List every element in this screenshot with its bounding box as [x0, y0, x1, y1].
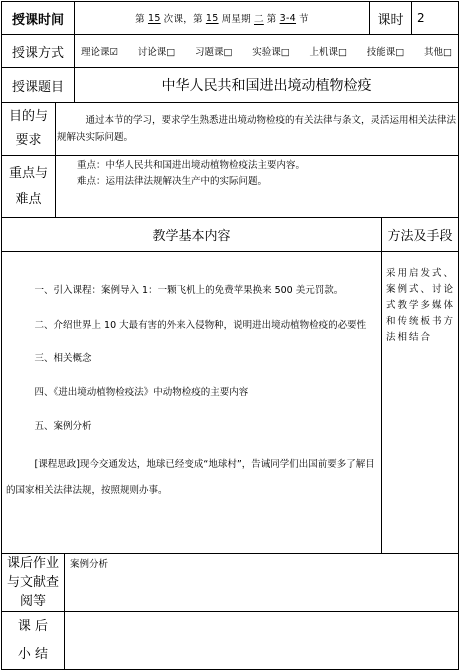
schedule-mid1: 次课，第	[164, 11, 203, 25]
method-option-skill[interactable]: 技能课□	[367, 44, 405, 58]
checkbox-icon[interactable]: □	[281, 47, 290, 58]
content-body: 一、引入课程：案例导入 1：一颗飞机上的免费苹果换来 500 美元罚款。 二、介…	[6, 252, 379, 552]
topic-label: 授课题目	[2, 68, 74, 102]
checkbox-icon[interactable]: □	[443, 47, 452, 58]
method-label: 授课方式	[2, 35, 74, 67]
key-points-content: 重点：中华人民共和国进出境动植物检疫法主要内容。 难点：运用法律法规解决生产中的…	[57, 158, 457, 216]
objectives-label: 目的与 要求	[2, 103, 55, 155]
homework-label-line1: 课后作业	[7, 554, 59, 573]
summary-label-line1: 课 后	[18, 613, 48, 641]
content-item-4: 四、《进出境动植物检疫法》中动物检疫的主要内容	[6, 385, 379, 401]
method-option-discussion[interactable]: 讨论课□	[138, 44, 176, 58]
checkbox-icon[interactable]: □	[166, 47, 175, 58]
method-option-exercise[interactable]: 习题课□	[195, 44, 233, 58]
homework-value: 案例分析	[70, 556, 450, 570]
schedule-mid2: 周星期	[222, 11, 251, 25]
method-option-lab[interactable]: 实验课□	[252, 44, 290, 58]
schedule-prefix1: 第	[135, 11, 145, 25]
checkbox-icon[interactable]: □	[395, 47, 404, 58]
schedule-info: 第 15 次课，第 15 周星期 二 第 3-4 节	[75, 2, 369, 34]
hours-value: 2	[412, 2, 458, 34]
homework-label: 课后作业 与文献查 阅等	[2, 554, 64, 611]
key-points-label: 重点与 难点	[2, 156, 55, 217]
summary-label: 课 后 小 结	[2, 612, 64, 669]
periods: 3-4	[277, 13, 299, 24]
homework-label-line2: 与文献查	[7, 573, 59, 592]
method-header: 方法及手段	[382, 218, 458, 251]
content-item-2: 二、介绍世界上 10 大最有害的外来入侵物种，说明进出境动植物检疫的必要性	[6, 318, 379, 334]
method-option-theory[interactable]: 理论课☑	[81, 44, 118, 58]
weekday: 二	[251, 11, 267, 25]
key-points-label-line2: 难点	[15, 187, 41, 213]
methods-text: 采用启发式、案例式、讨论式教学多媒体和传统板书方法相结合	[386, 266, 456, 346]
summary-label-line2: 小 结	[18, 641, 48, 669]
key-point-text: 重点：中华人民共和国进出境动植物检疫法主要内容。	[77, 158, 457, 174]
objectives-text: 通过本节的学习，要求学生熟悉进出境动物检疫的有关法律与条文，灵活运用相关法律法规…	[57, 103, 457, 155]
difficult-point-text: 难点：运用法律法规解决生产中的实际问题。	[77, 174, 457, 190]
lesson-number: 15	[145, 13, 164, 24]
topic-title: 中华人民共和国进出境动植物检疫	[75, 68, 458, 102]
method-options: 理论课☑ 讨论课□ 习题课□ 实验课□ 上机课□ 技能课□ 其他□	[75, 35, 458, 67]
key-points-label-line1: 重点与	[9, 161, 48, 187]
method-option-computer[interactable]: 上机课□	[309, 44, 347, 58]
content-item-5: 五、案例分析	[6, 419, 379, 435]
content-item-1: 一、引入课程：案例导入 1：一颗飞机上的免费苹果换来 500 美元罚款。	[6, 283, 379, 299]
time-label: 授课时间	[2, 2, 74, 34]
schedule-mid3: 第	[267, 11, 277, 25]
method-option-other[interactable]: 其他□	[424, 44, 452, 58]
objectives-label-line2: 要求	[15, 129, 41, 153]
week-number: 15	[203, 13, 222, 24]
content-ideology: [课程思政]现今交通发达，地球已经变成“地球村”，告诫同学们出国前要多了解目的国…	[6, 452, 379, 504]
checkbox-icon[interactable]: □	[338, 47, 347, 58]
checkbox-icon[interactable]: □	[224, 47, 233, 58]
content-item-3: 三、相关概念	[6, 351, 379, 367]
hours-label: 课时	[370, 2, 411, 34]
checkbox-checked-icon[interactable]: ☑	[110, 47, 119, 58]
schedule-suffix: 节	[299, 11, 309, 25]
objectives-label-line1: 目的与	[9, 105, 48, 129]
homework-label-line3: 阅等	[20, 592, 46, 611]
content-header: 教学基本内容	[2, 218, 381, 251]
